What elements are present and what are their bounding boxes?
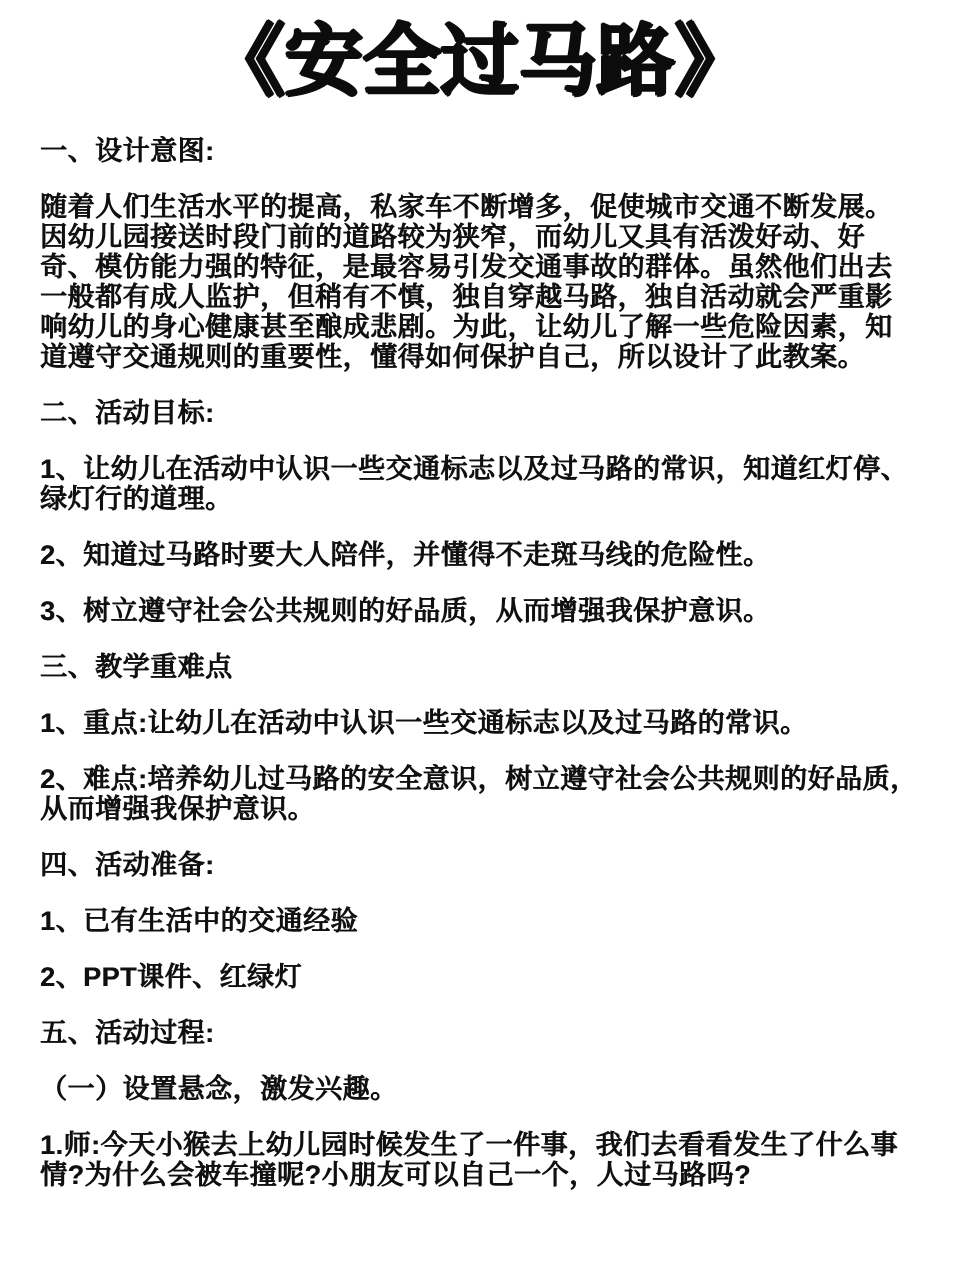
list-item-goal-1: 1、让幼儿在活动中认识一些交通标志以及过马路的常识，知道红灯停、绿灯行的道理。 [40, 454, 918, 514]
section-heading-design-intent: 一、设计意图: [40, 136, 918, 166]
paragraph-design-intent: 随着人们生活水平的提高，私家车不断增多，促使城市交通不断发展。因幼儿园接送时段门… [40, 192, 918, 372]
section-heading-activity-process: 五、活动过程: [40, 1018, 918, 1048]
section-heading-activity-goals: 二、活动目标: [40, 398, 918, 428]
list-item-difficult-point: 2、难点:培养幼儿过马路的安全意识，树立遵守社会公共规则的好品质，从而增强我保护… [40, 764, 918, 824]
list-item-goal-2: 2、知道过马路时要大人陪伴，并懂得不走斑马线的危险性。 [40, 540, 918, 570]
section-heading-teaching-key-points: 三、教学重难点 [40, 652, 918, 682]
list-item-goal-3: 3、树立遵守社会公共规则的好品质，从而增强我保护意识。 [40, 596, 918, 626]
subsection-heading-suspense: （一）设置悬念，激发兴趣。 [40, 1074, 918, 1104]
section-heading-activity-preparation: 四、活动准备: [40, 850, 918, 880]
list-item-key-point: 1、重点:让幼儿在活动中认识一些交通标志以及过马路的常识。 [40, 708, 918, 738]
list-item-preparation-2: 2、PPT课件、红绿灯 [40, 962, 918, 992]
document-page: 《安全过马路》 一、设计意图: 随着人们生活水平的提高，私家车不断增多，促使城市… [0, 0, 960, 1280]
document-body: 一、设计意图: 随着人们生活水平的提高，私家车不断增多，促使城市交通不断发展。因… [0, 108, 960, 1190]
paragraph-teacher-question: 1.师:今天小猴去上幼儿园时候发生了一件事，我们去看看发生了什么事情?为什么会被… [40, 1130, 918, 1190]
document-title: 《安全过马路》 [0, 0, 960, 108]
list-item-preparation-1: 1、已有生活中的交通经验 [40, 906, 918, 936]
